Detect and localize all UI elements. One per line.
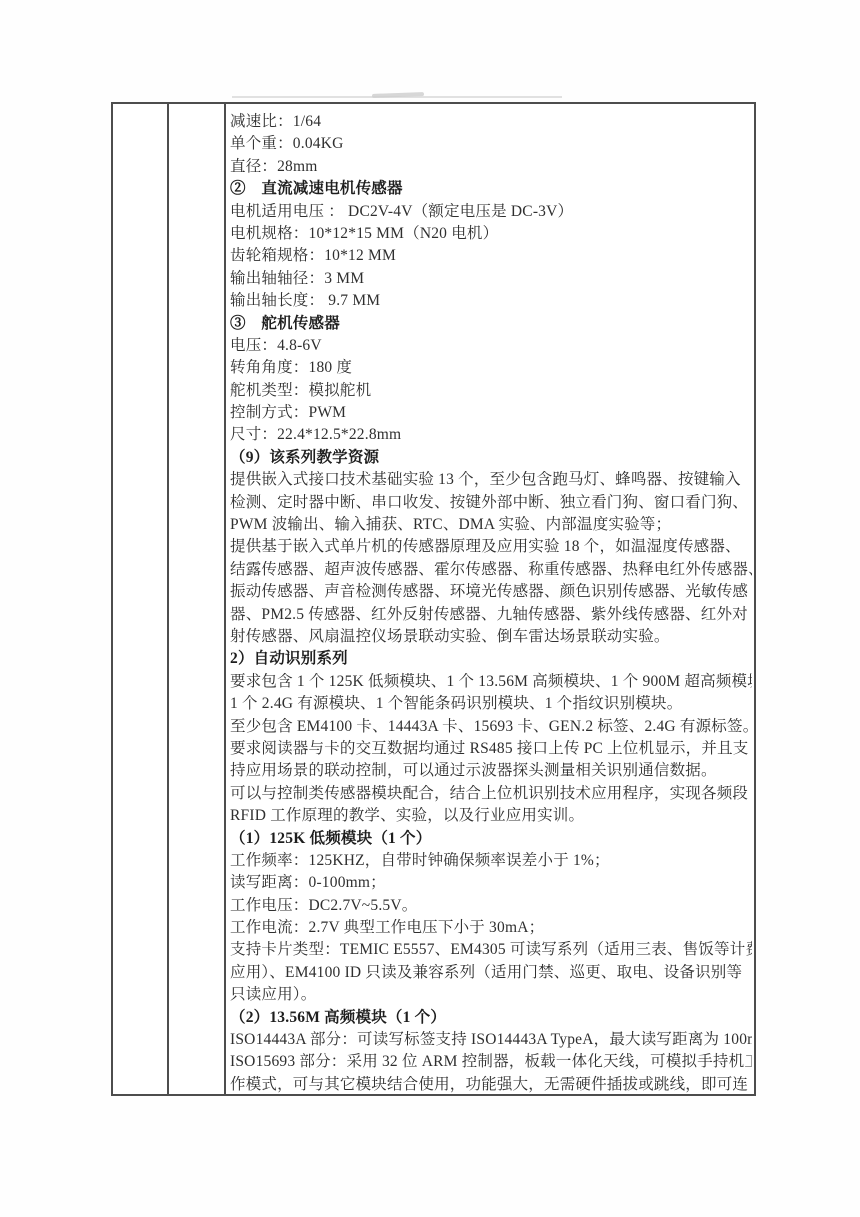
spec-text-line: 读写距离：0-100mm； [230,872,752,894]
spec-text-line: 器、PM2.5 传感器、红外反射传感器、九轴传感器、紫外线传感器、红外对 [230,604,752,626]
spec-text-line: 至少包含 EM4100 卡、14443A 卡、15693 卡、GEN.2 标签、… [230,716,752,738]
spec-text-line: 舵机类型：模拟舵机 [230,380,752,402]
spec-text-line: 输出轴轴径：3 MM [230,268,752,290]
spec-heading-line: 2）自动识别系列 [230,648,752,670]
spec-heading-line: ③ 舵机传感器 [230,313,752,335]
spec-text-line: 减速比：1/64 [230,111,752,133]
spec-text-line: 只读应用）。 [230,984,752,1006]
spec-text-line: 1 个 2.4G 有源模块、1 个智能条码识别模块、1 个指纹识别模块。 [230,693,752,715]
spec-text-line: 输出轴长度： 9.7 MM [230,290,752,312]
spec-table: 减速比：1/64单个重：0.04KG直径：28mm② 直流减速电机传感器电机适用… [111,102,756,1096]
spec-text-line: PWM 波输出、输入捕获、RTC、DMA 实验、内部温度实验等； [230,514,752,536]
spec-text-line: 持应用场景的联动控制，可以通过示波器探头测量相关识别通信数据。 [230,760,752,782]
spec-text-line: 工作频率：125KHZ，自带时钟确保频率误差小于 1%； [230,850,752,872]
spec-text-line: 直径：28mm [230,156,752,178]
spec-text-line: 电机规格：10*12*15 MM（N20 电机） [230,223,752,245]
spec-text-line: 转角角度：180 度 [230,357,752,379]
spec-text-line: 可以与控制类传感器模块配合，结合上位机识别技术应用程序，实现各频段 [230,783,752,805]
spec-text-line: 要求阅读器与卡的交互数据均通过 RS485 接口上传 PC 上位机显示，并且支 [230,738,752,760]
spec-text-line: 控制方式：PWM [230,402,752,424]
spec-text-line: 工作电流：2.7V 典型工作电压下小于 30mA； [230,917,752,939]
spec-heading-line: （1）125K 低频模块（1 个） [230,828,752,850]
spec-text-line: 单个重：0.04KG [230,133,752,155]
spec-heading-line: ② 直流减速电机传感器 [230,178,752,200]
spec-heading-line: （2）13.56M 高频模块（1 个） [230,1007,752,1029]
spec-text-line: 振动传感器、声音检测传感器、环境光传感器、颜色识别传感器、光敏传感 [230,581,752,603]
spec-text-line: 支持卡片类型：TEMIC E5557、EM4305 可读写系列（适用三表、售饭等… [230,939,752,961]
spec-text-line: 射传感器、风扇温控仪场景联动实验、倒车雷达场景联动实验。 [230,626,752,648]
spec-text-line: 电机适用电压 ： DC2V-4V（额定电压是 DC-3V） [230,201,752,223]
spec-text-line: ISO15693 部分：采用 32 位 ARM 控制器，板载一体化天线，可模拟手… [230,1051,752,1073]
spec-text-line: 齿轮箱规格：10*12 MM [230,245,752,267]
spec-text-line: RFID 工作原理的教学、实验，以及行业应用实训。 [230,805,752,827]
table-column-divider-1 [167,104,169,1094]
spec-text-line: 提供基于嵌入式单片机的传感器原理及应用实验 18 个，如温湿度传感器、 [230,536,752,558]
spec-text-line: 工作电压：DC2.7V~5.5V。 [230,895,752,917]
spec-heading-line: （9）该系列教学资源 [230,447,752,469]
table-column-divider-2 [224,104,226,1094]
spec-text-line: 作模式，可与其它模块结合使用，功能强大，无需硬件插拔或跳线，即可连 [230,1074,752,1096]
spec-text-column: 减速比：1/64单个重：0.04KG直径：28mm② 直流减速电机传感器电机适用… [230,111,752,1096]
spec-text-line: ISO14443A 部分：可读写标签支持 ISO14443A TypeA，最大读… [230,1029,752,1051]
spec-text-line: 检测、定时器中断、串口收发、按键外部中断、独立看门狗、窗口看门狗、 [230,492,752,514]
spec-text-line: 结露传感器、超声波传感器、霍尔传感器、称重传感器、热释电红外传感器、 [230,559,752,581]
spec-text-line: 要求包含 1 个 125K 低频模块、1 个 13.56M 高频模块、1 个 9… [230,671,752,693]
spec-text-line: 电压：4.8-6V [230,335,752,357]
document-page: 减速比：1/64单个重：0.04KG直径：28mm② 直流减速电机传感器电机适用… [0,0,860,1217]
spec-text-line: 尺寸：22.4*12.5*22.8mm [230,424,752,446]
spec-text-line: 提供嵌入式接口技术基础实验 13 个，至少包含跑马灯、蜂鸣器、按键输入 [230,469,752,491]
spec-text-line: 应用）、EM4100 ID 只读及兼容系列（适用门禁、巡更、取电、设备识别等 [230,962,752,984]
